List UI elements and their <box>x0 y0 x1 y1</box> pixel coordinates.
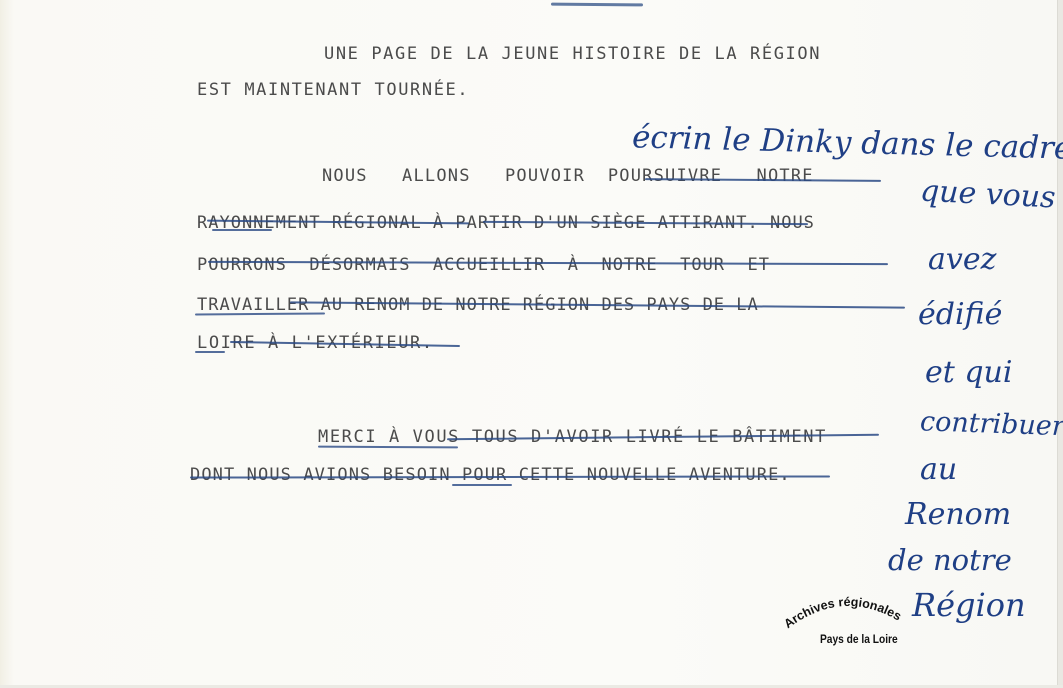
archive-stamp: Archives régionales Pays de la Loire <box>778 590 918 650</box>
handwritten-line-2: que vous <box>919 176 1056 213</box>
typed-line-5: POURRONS DÉSORMAIS ACCUEILLIR À NOTRE TO… <box>197 255 770 275</box>
scanned-document-page: UNE PAGE DE LA JEUNE HISTOIRE DE LA RÉGI… <box>0 0 1063 688</box>
handwritten-line-8: Renom <box>905 500 1011 530</box>
underline-mark <box>452 484 512 486</box>
handwritten-line-6: contribuera <box>920 407 1063 443</box>
underline-mark <box>195 351 225 353</box>
handwritten-line-1: écrin le Dinky dans le cadre <box>632 122 1063 164</box>
typed-line-2: EST MAINTENANT TOURNÉE. <box>197 80 469 100</box>
typed-line-3: NOUS ALLONS POUVOIR POURSUIVRE NOTRE <box>322 166 814 186</box>
underline-mark <box>212 229 272 231</box>
pen-mark-top <box>551 3 643 7</box>
handwritten-line-4: édifié <box>918 300 1002 330</box>
handwritten-line-3: avez <box>928 245 996 275</box>
typed-line-1: UNE PAGE DE LA JEUNE HISTOIRE DE LA RÉGI… <box>324 44 821 64</box>
handwritten-line-7: au <box>920 455 957 485</box>
page-edge-right <box>1057 0 1063 688</box>
handwritten-line-10: Région <box>912 590 1026 620</box>
handwritten-line-9: de notre <box>888 545 1012 575</box>
handwritten-line-5: et qui <box>925 358 1012 388</box>
stamp-arc-text: Archives régionales <box>778 590 918 635</box>
underline-mark <box>318 446 458 448</box>
svg-text:Archives régionales: Archives régionales <box>781 595 904 631</box>
stamp-subtitle: Pays de la Loire <box>820 632 898 646</box>
